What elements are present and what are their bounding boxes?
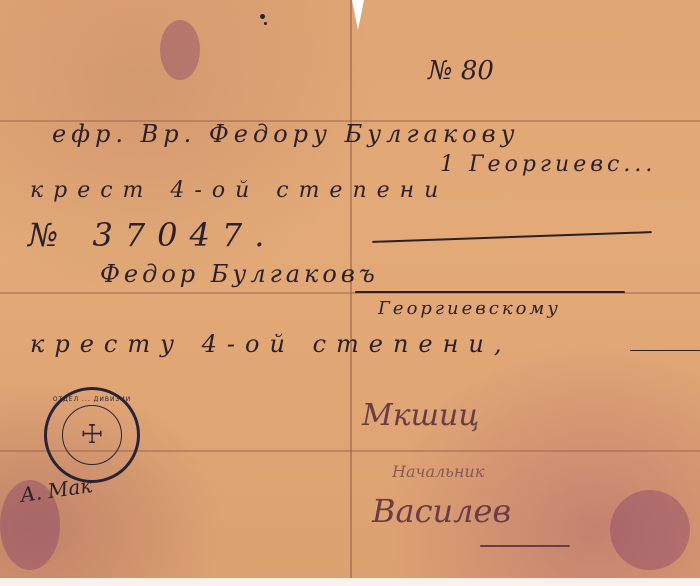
fill-line xyxy=(372,231,652,243)
fill-line xyxy=(630,350,700,351)
signature: Василев xyxy=(372,492,511,530)
document-paper: № 80 ефр. Вр. Федору Булгакову 1 Георгие… xyxy=(0,0,700,586)
official-stamp: ОТДЕЛ ... ДИВИЗИИ ☩ xyxy=(44,387,140,483)
eagle-emblem-icon: ☩ xyxy=(62,405,122,465)
signature-title: Начальник xyxy=(392,462,484,481)
fill-line xyxy=(355,291,625,293)
addressee-line: ефр. Вр. Федору Булгакову xyxy=(52,120,520,148)
stamp-text: ОТДЕЛ ... ДИВИЗИИ xyxy=(47,396,137,403)
stamp-signature: А. Мак xyxy=(19,473,94,507)
document-number: № 80 xyxy=(428,56,494,86)
award-line: 1 Георгиевс... xyxy=(440,152,656,177)
recipient-name: Федор Булгаковъ xyxy=(100,260,379,288)
stain xyxy=(160,20,200,80)
ink-dot xyxy=(260,14,265,19)
signature: Мкшиц xyxy=(362,398,479,433)
ink-dot xyxy=(264,22,267,25)
torn-edge xyxy=(352,0,364,30)
signature-flourish xyxy=(480,545,570,547)
stain xyxy=(610,490,690,570)
award-line: Георгиевскому xyxy=(378,298,561,319)
cross-number: № 37047. xyxy=(28,216,276,254)
award-line: кресту 4-ой степени, xyxy=(30,330,512,358)
paper-edge xyxy=(0,578,700,586)
award-line: крест 4-ой степени xyxy=(30,178,448,203)
